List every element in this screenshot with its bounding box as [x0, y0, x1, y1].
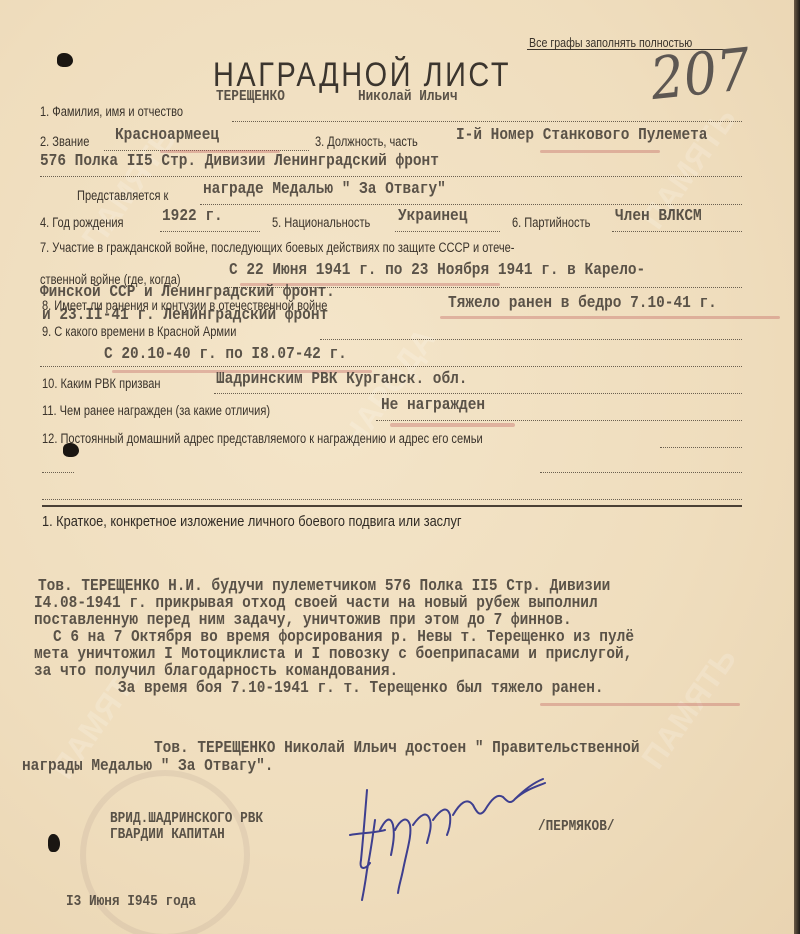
field-5-line [395, 231, 500, 232]
field-1-line [232, 121, 742, 122]
field-2-label: 2. Звание [40, 134, 89, 149]
section-title: 1. Краткое, конкретное изложение личного… [42, 513, 462, 530]
narrative-line: За время боя 7.10-1941 г. т. Терещенко б… [118, 679, 604, 698]
field-12-line2 [42, 472, 74, 473]
field-11-value: Не награжден [381, 396, 485, 415]
hole-punch [57, 53, 73, 67]
field-7-value-line1: С 22 Июня 1941 г. по 23 Ноября 1941 г. в… [229, 261, 645, 280]
field-1-surname: ТЕРЕЩЕНКО [216, 88, 285, 105]
red-pencil-mark [440, 316, 780, 319]
field-3-value-line1: I-й Номер Станкового Пулемета [456, 126, 707, 145]
field-4-line [160, 231, 260, 232]
field-12-line [660, 447, 742, 448]
hole-punch [48, 834, 60, 852]
field-3-value-line2: 576 Полка II5 Стр. Дивизии Ленинградский… [40, 152, 439, 171]
scan-edge [794, 0, 800, 934]
award-sheet-page: ПАМЯТЬ ПАМЯТЬ ПАМЯТЬ ПАМЯТЬ НАРОДА Все г… [0, 0, 795, 934]
field-3-label: 3. Должность, часть [315, 134, 418, 149]
field-12-label: 12. Постоянный домашний адрес представля… [42, 431, 483, 446]
signature-date: I3 Июня I945 года [66, 893, 196, 910]
field-3-line [40, 176, 742, 177]
field-11-line [376, 420, 742, 421]
field-12-line4 [42, 499, 742, 500]
field-9-line [320, 339, 742, 340]
handwritten-number: 207 [647, 35, 753, 113]
red-pencil-mark [390, 423, 515, 427]
field-9-line2 [40, 366, 742, 367]
red-pencil-mark [540, 703, 740, 706]
conclusion-line1: Тов. ТЕРЕЩЕНКО Николай Ильич достоен " П… [154, 739, 640, 758]
field-8-value-line1: Тяжело ранен в бедро 7.10-41 г. [448, 294, 717, 313]
field-1-name: Николай Ильич [358, 88, 457, 105]
field-7-label-line1: 7. Участие в гражданской войне, последую… [40, 240, 514, 255]
signer-position-line2: ГВАРДИИ КАПИТАН [110, 826, 225, 843]
field-2-value: Красноармеец [115, 126, 219, 145]
field-4-label: 4. Год рождения [40, 215, 124, 230]
field-6-label: 6. Партийность [512, 215, 590, 230]
field-5-value: Украинец [398, 207, 467, 226]
field-1-label: 1. Фамилия, имя и отчество [40, 104, 183, 119]
field-9-label: 9. С какого времени в Красной Армии [42, 324, 236, 339]
signer-position-line1: ВРИД.ШАДРИНСКОГО РВК [110, 810, 263, 827]
field-12-line3 [540, 472, 742, 473]
field-4-value: 1922 г. [162, 207, 223, 226]
red-pencil-mark [540, 150, 660, 153]
field-8-value-line2: и 23.II-41 г. Ленинградский фронт [42, 306, 328, 325]
presented-label: Представляется к [77, 188, 168, 203]
field-9-value: С 20.10-40 г. по I8.07-42 г. [104, 345, 347, 364]
section-divider [42, 505, 742, 507]
field-10-line [214, 393, 742, 394]
field-10-label: 10. Каким РВК призван [42, 376, 161, 391]
signature-icon [345, 775, 625, 905]
field-11-label: 11. Чем ранее награжден (за какие отличи… [42, 403, 270, 418]
watermark: ПАМЯТЬ [634, 641, 744, 776]
field-6-value: Член ВЛКСМ [615, 207, 702, 226]
presented-line [200, 204, 742, 205]
signer-name: /ПЕРМЯКОВ/ [538, 818, 615, 835]
field-10-value: Шадринским РВК Курганск. обл. [216, 370, 467, 389]
presented-value: награде Медалью " За Отвагу" [203, 180, 446, 199]
field-5-label: 5. Национальность [272, 215, 370, 230]
field-6-line [612, 231, 742, 232]
